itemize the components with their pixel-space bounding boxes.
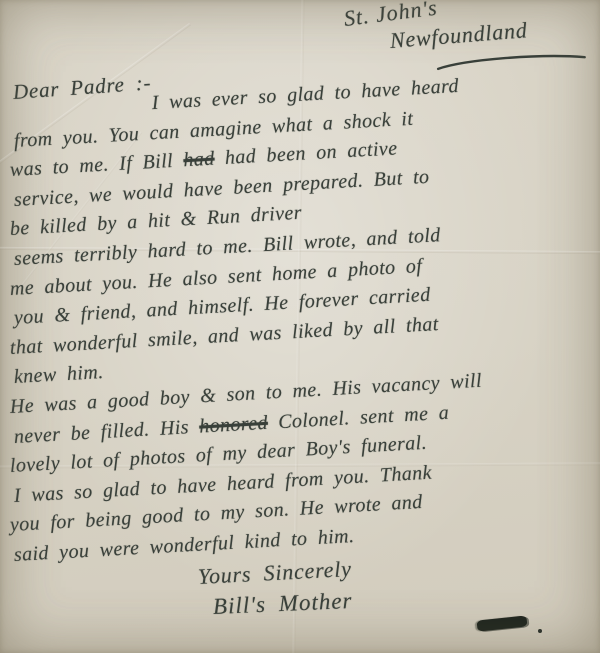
struck-out-word: honored [199, 411, 269, 437]
letter-body: I was ever so glad to have heardfrom you… [10, 97, 598, 571]
struck-out-word: had [183, 148, 215, 172]
ink-dot [538, 629, 542, 633]
redaction-scribble [477, 615, 528, 631]
letter-page: St. John's Newfoundland Dear Padre :- I … [0, 0, 600, 653]
signature: Bill's Mother [212, 588, 353, 620]
